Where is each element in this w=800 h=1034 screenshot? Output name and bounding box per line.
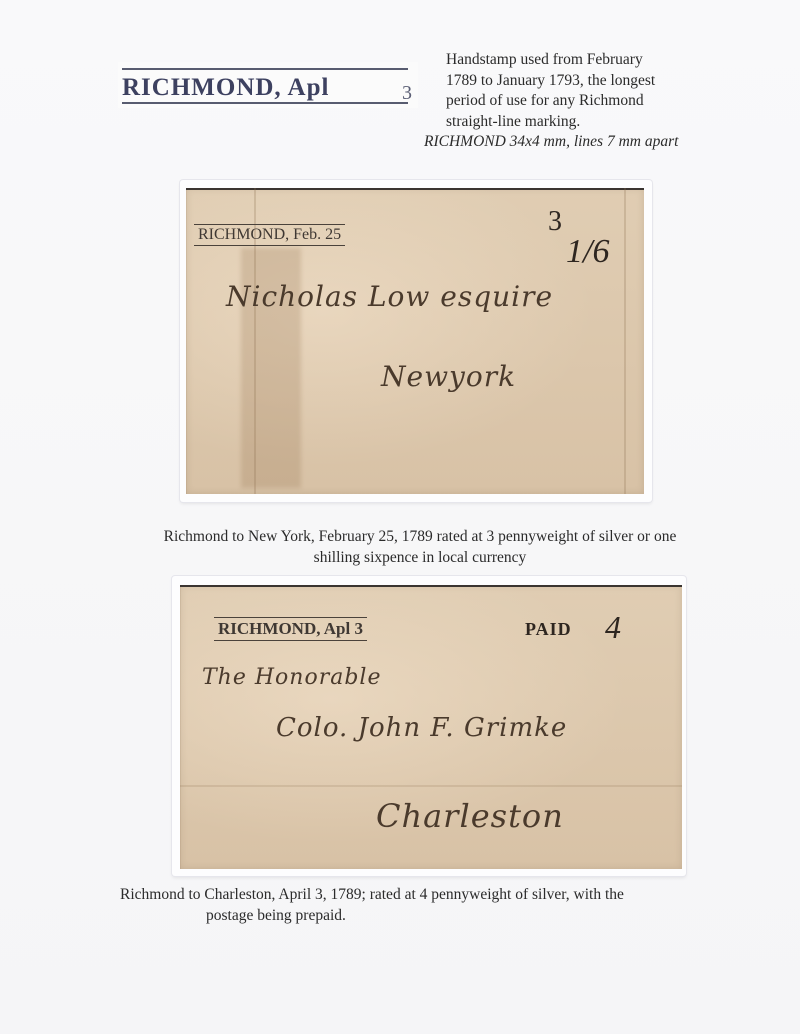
description-line: period of use for any Richmond (446, 91, 766, 112)
fold-line (180, 785, 682, 787)
address-city: Newyork (381, 360, 516, 393)
paid-mark: PAID (525, 619, 572, 640)
exhibit-page: RICHMOND, Apl 3 Handstamp used from Febr… (0, 0, 800, 1034)
handstamp-bottom-rule (122, 102, 408, 104)
address-name: Nicholas Low esquire (226, 280, 553, 313)
description-line: 1789 to January 1793, the longest (446, 71, 766, 92)
caption-line: postage being prepaid. (120, 905, 740, 926)
fold-line (624, 188, 626, 494)
caption-line: Richmond to Charleston, April 3, 1789; r… (120, 884, 740, 905)
handstamp-description: Handstamp used from February 1789 to Jan… (446, 50, 766, 153)
rate-currency-mark: 1/6 (566, 233, 609, 271)
handstamp-text: RICHMOND, Apl (122, 74, 329, 102)
address-city: Charleston (376, 797, 564, 835)
handstamp-illustration: RICHMOND, Apl 3 (118, 62, 418, 108)
description-line: straight-line marking. (446, 112, 766, 133)
postmark-richmond-feb: RICHMOND, Feb. 25 (194, 224, 345, 246)
caption-line: Richmond to New York, February 25, 1789 … (90, 526, 750, 547)
caption-line: shilling sixpence in local currency (90, 547, 750, 568)
cover-caption-1: Richmond to New York, February 25, 1789 … (90, 526, 750, 568)
cover-new-york: RICHMOND, Feb. 25 3 1/6 Nicholas Low esq… (186, 188, 644, 494)
cover-charleston: RICHMOND, Apl 3 PAID 4 The Honorable Col… (180, 585, 682, 869)
postmark-richmond-apl: RICHMOND, Apl 3 (214, 617, 367, 641)
rate-mark: 4 (605, 609, 621, 646)
address-title: The Honorable (202, 665, 381, 690)
address-name: Colo. John F. Grimke (276, 713, 567, 743)
handstamp-top-rule (122, 68, 408, 70)
cover-caption-2: Richmond to Charleston, April 3, 1789; r… (120, 884, 740, 926)
handstamp-dimensions: RICHMOND 34x4 mm, lines 7 mm apart (424, 132, 766, 153)
description-line: Handstamp used from February (446, 50, 766, 71)
rate-mark: 3 (548, 206, 562, 238)
